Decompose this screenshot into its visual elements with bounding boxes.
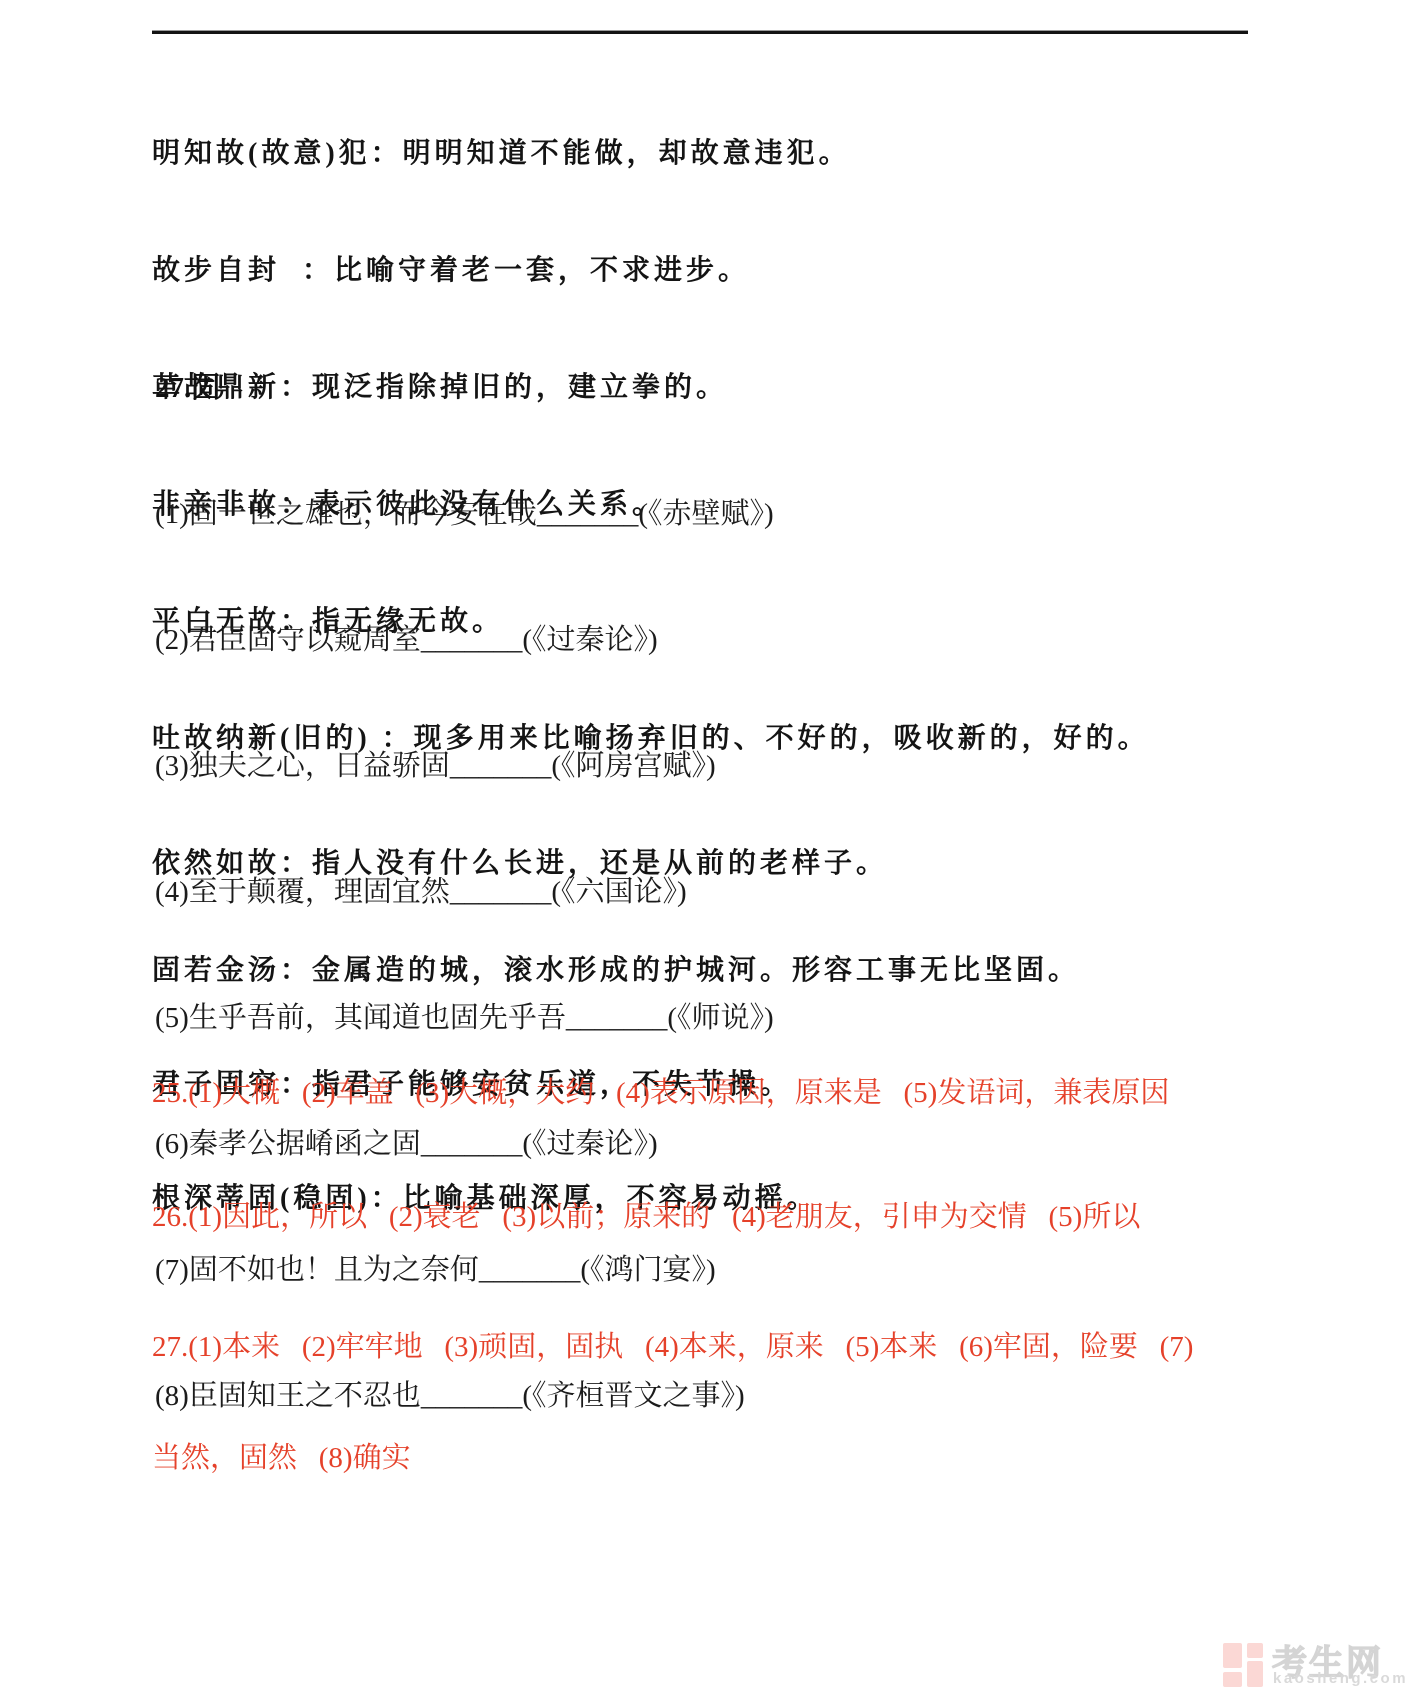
page-header-rule <box>152 30 1248 34</box>
definition-line: 故步自封 ：比喻守着老一套，不求进步。 <box>152 251 1292 290</box>
item-text: (1)固一世之雄也，而今安在哉 <box>155 498 537 530</box>
answer-line-25: 25.(1)大概 (2)车盖 (3)大概，大约 (4)表示原因，原来是 (5)发… <box>152 1076 1312 1110</box>
logo-block <box>1247 1643 1263 1658</box>
section-number: 27. <box>155 372 191 404</box>
answer-blank: _______ <box>421 624 523 656</box>
logo-block <box>1223 1672 1242 1687</box>
logo-block <box>1223 1643 1242 1668</box>
item-source: (《过秦论》) <box>522 624 657 656</box>
answer-line-27: 27.(1)本来 (2)牢牢地 (3)顽固，固执 (4)本来，原来 (5)本来 … <box>152 1330 1312 1364</box>
document-page: 明知故(故意)犯：明明知道不能做，却故意违犯。 故步自封 ：比喻守着老一套，不求… <box>0 0 1408 1706</box>
definition-line: 固若金汤：金属造的城，滚水形成的护城河。形容工事无比坚固。 <box>152 952 1292 990</box>
item-source: (《赤壁赋》) <box>638 498 773 530</box>
kaosheng-logo-icon <box>1223 1643 1267 1689</box>
section-heading: 27.固 <box>155 372 220 404</box>
item-text: (3)独夫之心，日益骄固 <box>155 750 450 782</box>
answer-line-26: 26.(1)因此，所以 (2)衰老 (3)以前；原来的 (4)老朋友，引申为交情… <box>152 1200 1312 1234</box>
watermark-site-url: kaosheng.com <box>1273 1670 1408 1687</box>
definition-line: 革故鼎新：现泛指除掉旧的，建立拳的。 <box>152 368 1292 407</box>
fill-in-item: (3)独夫之心，日益骄固_______(《阿房宫赋》) <box>155 749 1295 783</box>
item-source: (《阿房宫赋》) <box>551 750 715 782</box>
fill-in-item: (2)君臣固守以窥周室_______(《过秦论》) <box>155 623 1295 657</box>
answer-blank: _______ <box>537 498 639 530</box>
answer-line-27-continued: 当然，固然 (8)确实 <box>152 1441 1312 1475</box>
fill-in-item: (1)固一世之雄也，而今安在哉_______(《赤壁赋》) <box>155 497 1295 531</box>
answer-blank: _______ <box>450 750 552 782</box>
answer-key: 25.(1)大概 (2)车盖 (3)大概，大约 (4)表示原因，原来是 (5)发… <box>152 1008 1312 1543</box>
definition-line: 明知故(故意)犯：明明知道不能做，却故意违犯。 <box>152 134 1292 173</box>
section-word: 固 <box>191 372 220 404</box>
logo-block <box>1247 1661 1263 1687</box>
item-text: (2)君臣固守以窥周室 <box>155 624 421 656</box>
